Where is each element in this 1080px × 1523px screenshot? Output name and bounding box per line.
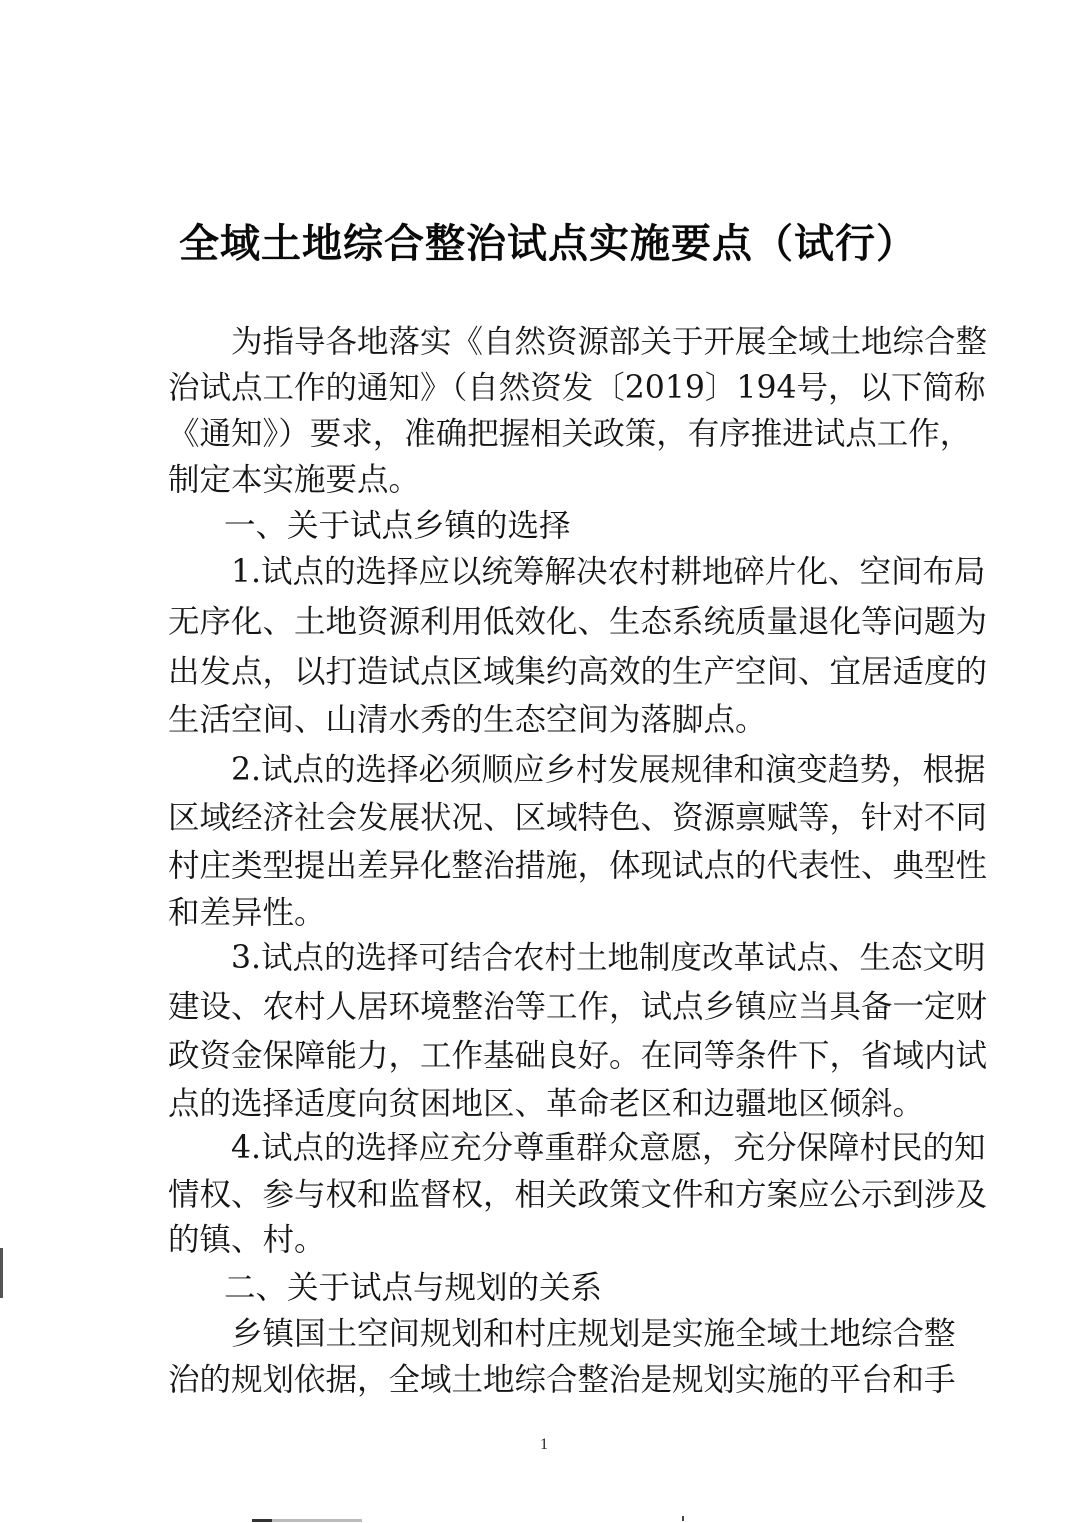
intro-line: 治试点工作的通知》（自然资发〔2019〕194号，以下简称 xyxy=(168,368,936,408)
item3-line: 点的选择适度向贫困地区、革命老区和边疆地区倾斜。 xyxy=(168,1084,936,1124)
section-heading-1: 一、关于试点乡镇的选择 xyxy=(224,506,571,546)
item2-line: 和差异性。 xyxy=(168,893,936,933)
item1-line: 出发点，以打造试点区域集约高效的生产空间、宜居适度的 xyxy=(168,652,936,692)
document-title: 全域土地综合整治试点实施要点（试行） xyxy=(168,212,928,269)
section2-line: 乡镇国土空间规划和村庄规划是实施全域土地综合整 xyxy=(168,1314,936,1354)
intro-line: 《通知》）要求，准确把握相关政策，有序推进试点工作， xyxy=(168,414,936,454)
item3-line: 建设、农村人居环境整治等工作，试点乡镇应当具备一定财 xyxy=(168,987,936,1027)
item4-line: 情权、参与权和监督权，相关政策文件和方案应公示到涉及 xyxy=(168,1175,936,1215)
section-heading-2: 二、关于试点与规划的关系 xyxy=(224,1268,602,1308)
document-page: 全域土地综合整治试点实施要点（试行） 为指导各地落实《自然资源部关于开展全域土地… xyxy=(0,0,1080,1523)
intro-line: 制定本实施要点。 xyxy=(168,460,936,500)
item2-line: 2.试点的选择必须顺应乡村发展规律和演变趋势，根据 xyxy=(168,750,936,790)
item3-line: 3.试点的选择可结合农村土地制度改革试点、生态文明 xyxy=(168,938,936,978)
item1-line: 无序化、土地资源利用低效化、生态系统质量退化等问题为 xyxy=(168,602,936,642)
intro-line: 为指导各地落实《自然资源部关于开展全域土地综合整 xyxy=(168,322,936,362)
scan-artifact-bottom xyxy=(252,1519,362,1522)
item1-line: 1.试点的选择应以统筹解决农村耕地碎片化、空间布局 xyxy=(168,552,936,592)
page-number: 1 xyxy=(540,1436,548,1454)
section2-line: 治的规划依据，全域土地综合整治是规划实施的平台和手 xyxy=(168,1360,936,1400)
scan-artifact-left-edge xyxy=(0,1248,3,1298)
item4-line: 的镇、村。 xyxy=(168,1220,936,1260)
scan-artifact-dot xyxy=(682,1516,684,1521)
item4-line: 4.试点的选择应充分尊重群众意愿，充分保障村民的知 xyxy=(168,1128,936,1168)
item2-line: 区域经济社会发展状况、区域特色、资源禀赋等，针对不同 xyxy=(168,798,936,838)
item1-line: 生活空间、山清水秀的生态空间为落脚点。 xyxy=(168,700,936,740)
item3-line: 政资金保障能力，工作基础良好。在同等条件下，省域内试 xyxy=(168,1036,936,1076)
item2-line: 村庄类型提出差异化整治措施，体现试点的代表性、典型性 xyxy=(168,846,936,886)
